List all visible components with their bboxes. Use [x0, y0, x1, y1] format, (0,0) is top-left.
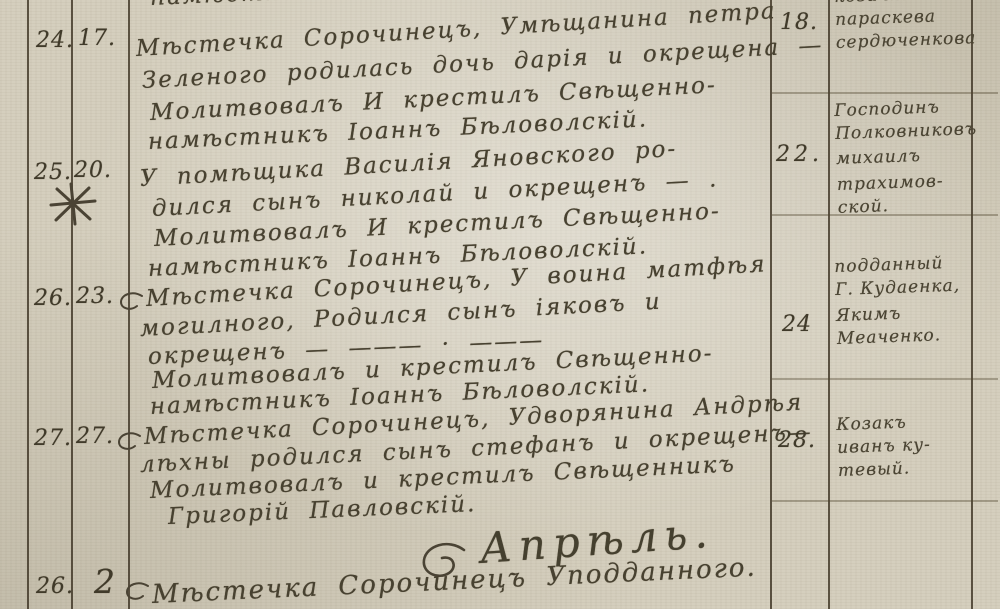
godparent-line: михаилъ: [836, 142, 997, 171]
godparent-line: Г. Кудаенка,: [835, 273, 996, 302]
record-number: 24.: [36, 28, 74, 53]
birth-day-number: 17.: [78, 26, 116, 51]
flourish-icon: [116, 430, 142, 452]
register-page: намѣстни 24. 17. Мѣстечка Сорочинецъ, Ум…: [0, 0, 1000, 609]
column-rule-left-edge: [27, 0, 29, 609]
godparent-entry: козачка параскева сердюченкова: [834, 0, 996, 55]
godparent-line: Меаченко.: [837, 322, 998, 351]
record-number: 26.: [34, 286, 72, 311]
godparent-entry: Козакъ иванъ ку- тевый.: [836, 408, 998, 483]
godparent-line: тевый.: [838, 454, 999, 483]
row-rule: [772, 378, 998, 380]
godparent-entry: Господинъ Полковниковъ михаилъ трахимов-…: [834, 94, 998, 220]
baptism-day-number: 18.: [780, 10, 818, 35]
record-number: 27.: [34, 426, 72, 451]
baptism-day-number: 28.: [778, 428, 816, 453]
asterisk-mark-icon: [46, 182, 100, 226]
baptism-day-number: 22.: [776, 142, 823, 167]
birth-day-number: 20.: [74, 158, 112, 183]
godparent-entry: подданный Г. Кудаенка, Якимъ Меаченко.: [834, 250, 997, 351]
row-rule: [772, 500, 998, 502]
prev-record-tail: намѣстни: [149, 0, 299, 10]
flourish-icon: [118, 290, 144, 312]
baptism-day-number: 24: [782, 312, 812, 337]
row-rule: [772, 92, 998, 94]
record-number: 26.: [36, 574, 74, 599]
birth-day-number: 27.: [76, 424, 114, 449]
flourish-icon: [124, 580, 150, 602]
birth-day-number: 23.: [76, 284, 114, 309]
birth-day-number: 2: [94, 562, 116, 601]
godparent-line: Полковниковъ: [835, 117, 996, 146]
